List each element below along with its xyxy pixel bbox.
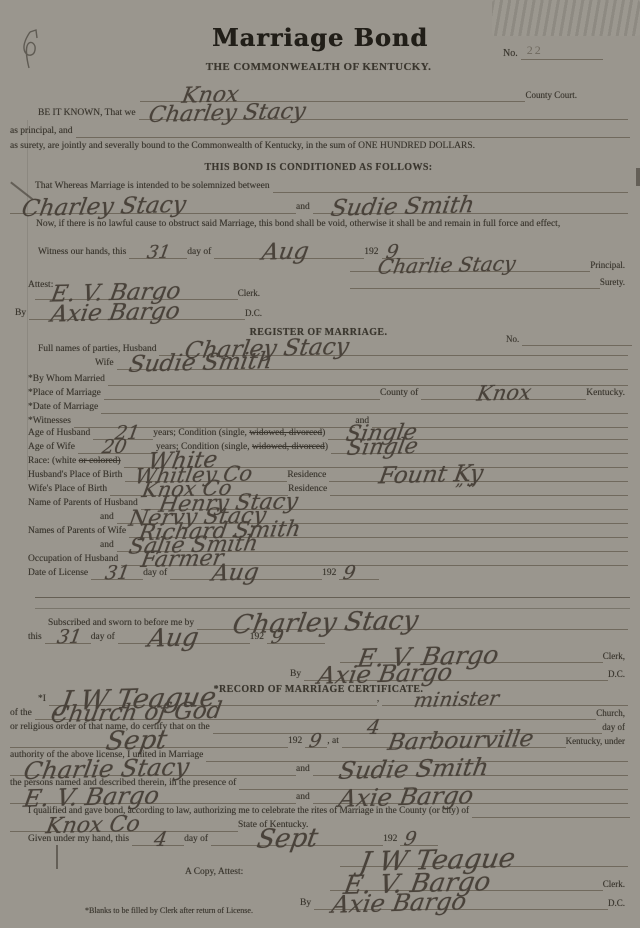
condition-label-close-2: )	[325, 442, 328, 452]
license-day-of-label: day of	[143, 568, 170, 580]
principal-label: Principal.	[590, 260, 628, 272]
this-label: this	[28, 632, 45, 644]
handwritten-sworn-year: 9	[266, 635, 286, 643]
copy-attest-label: A Copy, Attest:	[185, 867, 246, 879]
witness-hands-label: Witness our hands, this	[38, 247, 129, 259]
bond-number-value: 22	[521, 43, 549, 59]
race-label: Race: (white	[28, 456, 76, 466]
sworn-day-of-label: day of	[91, 632, 118, 644]
surety-clause: as surety, are jointly and severally bou…	[10, 140, 632, 153]
marriage-bond-document: Marriage Bond No. 22 THE COMMONWEALTH OF…	[0, 0, 640, 928]
handwritten-given-month: Sept	[252, 836, 320, 846]
handwritten-license-day: 31	[100, 571, 132, 580]
given-label: Given under my hand, this	[28, 834, 132, 846]
handwritten-given-year: 9	[400, 837, 420, 845]
handwritten-principal-name: Charley Stacy	[143, 109, 307, 121]
handwritten-license-month: Aug	[207, 570, 261, 579]
handwritten-dc-signature: Axie Bargo	[46, 309, 182, 321]
solemnized-label: That Whereas Marriage is intended to be …	[35, 181, 273, 193]
condition-label: years; Condition (single,	[153, 428, 247, 438]
day-of-label: day of	[187, 247, 214, 259]
stray-mark	[56, 845, 58, 869]
county-court-label: County Court.	[525, 90, 580, 102]
conditioned-heading: THIS BOND IS CONDITIONED AS FOLLOWS:	[204, 162, 435, 174]
license-year-prefix: 192	[322, 568, 339, 580]
section-divider	[35, 597, 630, 598]
condition-struck-words: widowed, divorced	[249, 428, 322, 438]
be-it-known-label: BE IT KNOWN, That we	[38, 108, 139, 120]
handwritten-sworn-day: 31	[52, 635, 84, 644]
condition-label-close: )	[322, 428, 325, 438]
handwritten-given-day: 4	[149, 837, 169, 845]
wife-label: Wife	[95, 358, 117, 370]
handwritten-groom-name: Charley Stacy	[17, 203, 188, 215]
cert-clerk-label: Clerk.	[603, 879, 628, 891]
handwritten-witness-month: Aug	[258, 249, 312, 258]
handwritten-sworn-month: Aug	[143, 634, 201, 643]
condition-struck-words-2: widowed, divorced	[252, 442, 325, 452]
sworn-clerk-label: Clerk,	[603, 651, 628, 663]
commonwealth-heading: THE COMMONWEALTH OF KENTUCKY.	[206, 62, 435, 74]
footnote: *Blanks to be filled by Clerk after retu…	[85, 905, 256, 917]
lawful-clause: Now, if there is no lawful cause to obst…	[10, 218, 632, 231]
given-day-of-label: day of	[184, 834, 211, 846]
clerk-label: Clerk.	[238, 288, 263, 300]
and-label: and	[296, 202, 313, 214]
handwritten-witness-day: 31	[143, 250, 173, 259]
handwritten-bride-name: Sudie Smith	[326, 203, 477, 215]
document-title: Marriage Bond	[212, 26, 428, 50]
handwritten-principal-signature: Charlie Stacy	[373, 261, 518, 273]
license-label: Date of License	[28, 568, 91, 580]
cert-dc-label: D.C.	[608, 898, 628, 910]
given-year-prefix: 192	[383, 834, 400, 846]
race-struck-words: or colored)	[79, 456, 121, 466]
by-label: By	[15, 308, 29, 320]
sworn-year-prefix: 192	[250, 632, 267, 644]
as-principal-label: as principal, and	[10, 126, 76, 138]
surety-label: Surety.	[600, 277, 628, 289]
handwritten-license-year: 9	[339, 571, 359, 579]
dc-label: D.C.	[245, 308, 265, 320]
